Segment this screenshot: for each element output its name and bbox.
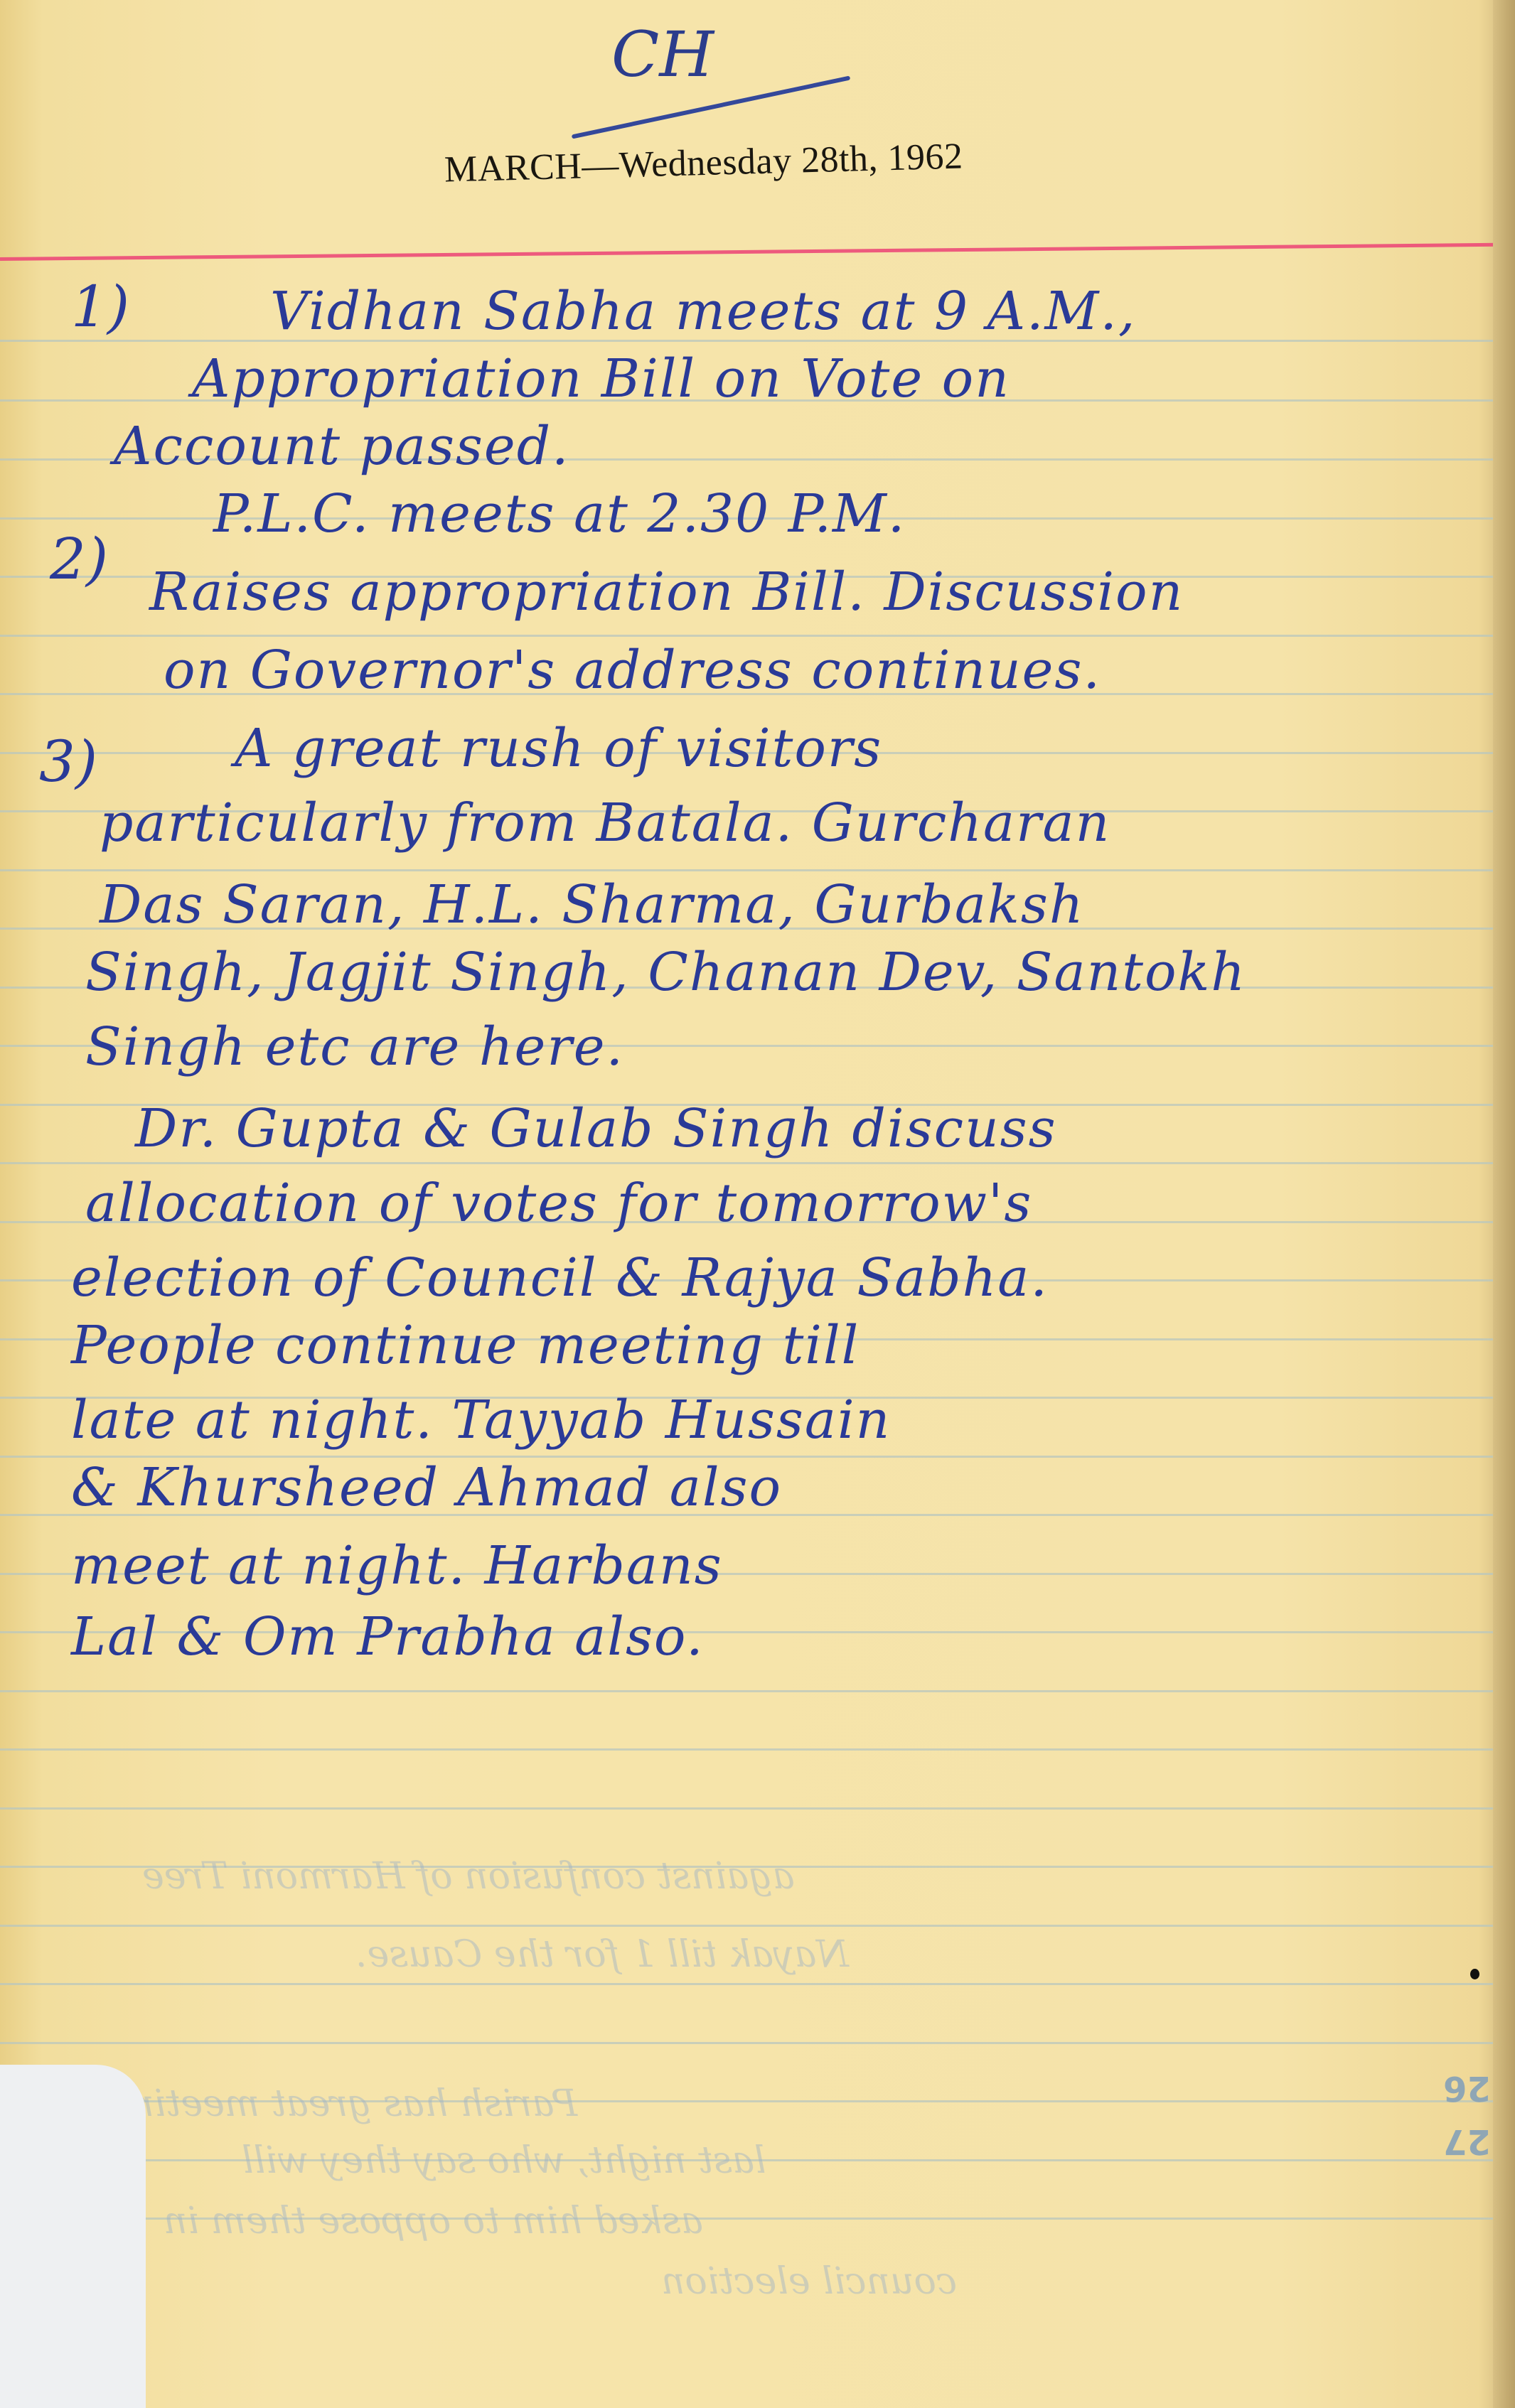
entry-line: meet at night. Harbans (71, 1535, 723, 1596)
entry-line: Lal & Om Prabha also. (71, 1606, 705, 1667)
bleed-through-text: last night, who say they will (242, 2139, 766, 2182)
entry-line: on Governor's address continues. (164, 640, 1101, 701)
diary-page: against confusion of Harmoni Tree Nayak … (0, 0, 1515, 2408)
entry-line: Das Saran, H.L. Sharma, Gurbaksh (100, 874, 1085, 935)
entry-line: late at night. Tayyab Hussain (71, 1390, 891, 1451)
entry-line: particularly from Batala. Gurcharan (100, 792, 1110, 854)
entry-line: A great rush of visitors (235, 718, 882, 779)
bleed-through-text: council election (661, 2260, 957, 2303)
entry-line: Singh etc are here. (85, 1016, 624, 1077)
initials-mark: CH (611, 18, 714, 91)
entry-line: & Khursheed Ahmad also (71, 1457, 782, 1518)
entry-line: Raises appropriation Bill. Discussion (149, 561, 1184, 623)
bleed-through-text: against confusion of Harmoni Tree (142, 1855, 794, 1898)
entry-number: 2) (50, 526, 108, 592)
entry-number: 1) (71, 274, 129, 340)
bleed-through-text: Nayak till 1 for the Cause. (355, 1933, 849, 1976)
ink-dot (1470, 1969, 1479, 1979)
bleed-through-text: Parish has great meeting (107, 2082, 577, 2125)
entry-line: Appropriation Bill on Vote on (192, 348, 1010, 409)
entry-line: P.L.C. meets at 2.30 P.M. (213, 483, 906, 544)
entry-line: Dr. Gupta & Gulab Singh discuss (135, 1098, 1057, 1159)
entry-line: allocation of votes for tomorrow's (85, 1173, 1032, 1234)
entry-number: 3) (39, 729, 97, 795)
page-number: 27 (1443, 2122, 1491, 2161)
entry-line: Singh, Jagjit Singh, Chanan Dev, Santokh (85, 942, 1246, 1003)
entry-line: Vidhan Sabha meets at 9 A.M., (270, 281, 1136, 342)
entry-line: Account passed. (114, 416, 570, 477)
page-edge (1493, 0, 1515, 2408)
page-number: 26 (1443, 2068, 1491, 2108)
bleed-through-text: asked him to oppose them in (164, 2200, 703, 2242)
entry-line: election of Council & Rajya Sabha. (71, 1247, 1049, 1308)
backing-sheet (0, 2065, 146, 2408)
entry-line: People continue meeting till (71, 1315, 860, 1376)
